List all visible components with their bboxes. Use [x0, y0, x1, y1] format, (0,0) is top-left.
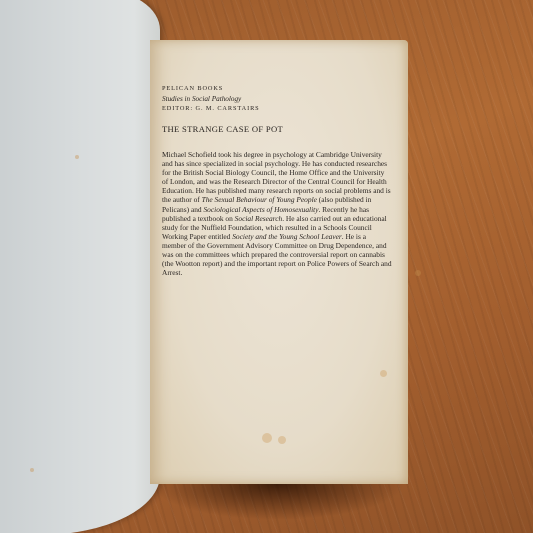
foxing-stain	[415, 270, 421, 276]
foxing-stain	[278, 436, 286, 444]
editor-line: EDITOR: G. M. CARSTAIRS	[162, 104, 394, 114]
age-spot	[75, 155, 79, 159]
page-text: PELICAN BOOKS Studies in Social Patholog…	[162, 84, 394, 277]
bio-italic-title: The Sexual Behaviour of Young People	[202, 195, 317, 204]
author-biography: Michael Schofield took his degree in psy…	[162, 150, 392, 277]
publisher-line: PELICAN BOOKS	[162, 84, 394, 94]
book-shadow	[150, 480, 405, 520]
bio-italic-title: Social Research	[235, 214, 283, 223]
series-title: Studies in Social Pathology	[162, 94, 394, 104]
foxing-stain	[262, 433, 272, 443]
right-page: PELICAN BOOKS Studies in Social Patholog…	[150, 40, 408, 484]
bio-italic-title: Society and the Young School Leaver	[232, 232, 342, 241]
foxing-stain	[380, 370, 387, 377]
age-spot	[30, 468, 34, 472]
left-page-curled	[0, 0, 160, 533]
book-title: THE STRANGE CASE OF POT	[162, 124, 394, 134]
bio-italic-title: Sociological Aspects of Homosexuality	[203, 205, 318, 214]
